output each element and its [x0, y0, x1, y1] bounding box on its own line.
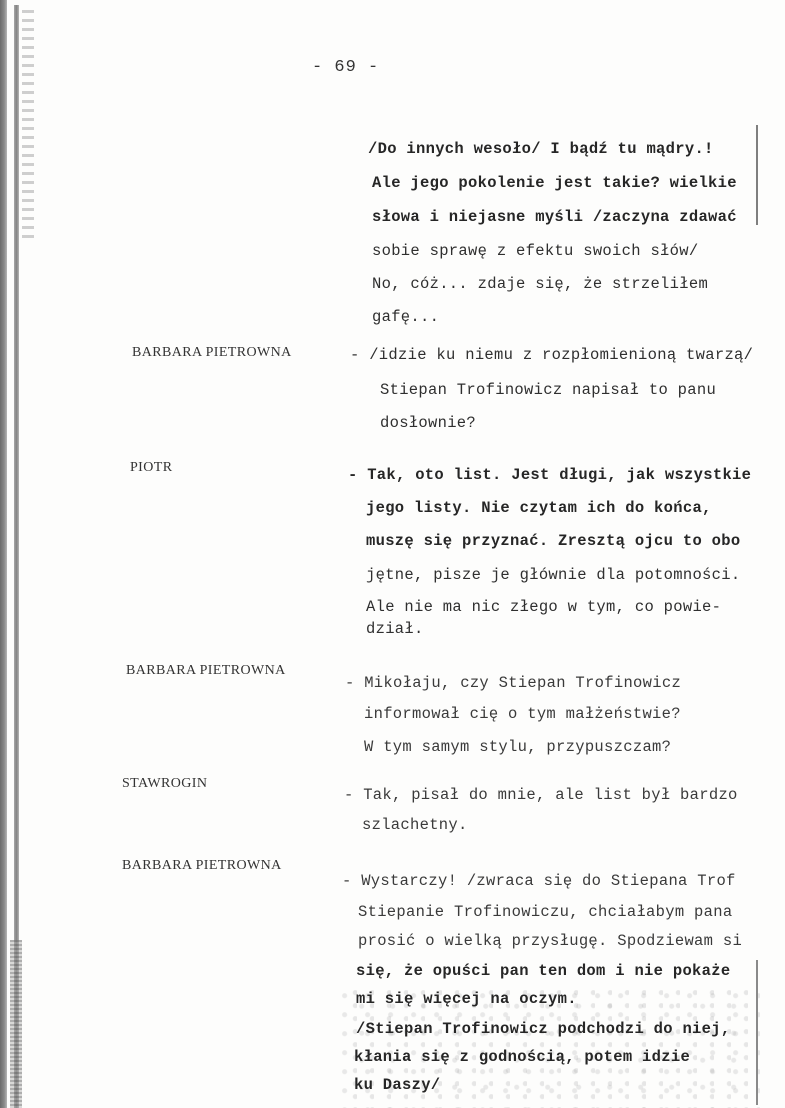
scan-noise-top — [22, 10, 34, 240]
dialogue-line: jego listy. Nie czytam ich do końca, — [366, 499, 712, 517]
dialogue-line: prosić o wielką przysługę. Spodziewam si — [358, 932, 742, 950]
stage-direction-line: /Stiepan Trofinowicz podchodzi do niej, — [356, 1020, 730, 1038]
opening-line: sobie sprawę z efektu swoich słów/ — [372, 242, 698, 260]
page-number: - 69 - — [312, 58, 379, 77]
speaker-name: PIOTR — [130, 460, 172, 476]
dialogue-line: jętne, pisze je głównie dla potomności. — [366, 566, 740, 584]
margin-rule-top — [756, 125, 758, 225]
dialogue-line: - Tak, pisał do mnie, ale list był bardz… — [344, 786, 738, 804]
scan-binding-edge — [0, 0, 7, 1108]
dialogue-line: Stiepanie Trofinowiczu, chciałabym pana — [358, 903, 732, 921]
opening-line: gafę... — [372, 308, 439, 326]
dialogue-line: Stiepan Trofinowicz napisał to panu — [380, 381, 716, 399]
opening-line: Ale jego pokolenie jest takie? wielkie — [372, 174, 737, 192]
dialogue-line: szlachetny. — [362, 816, 468, 834]
stage-direction-line: kłania się z godnością, potem idzie — [354, 1048, 690, 1066]
dialogue-line: informował cię o tym małżeństwie? — [364, 705, 681, 723]
speaker-name: BARBARA PIETROWNA — [126, 663, 286, 679]
opening-line: No, cóż... zdaje się, że strzeliłem — [372, 275, 708, 293]
dialogue-line: mi się więcej na oczym. — [356, 990, 577, 1008]
margin-rule-bottom — [756, 960, 758, 1105]
dialogue-line: się, że opuści pan ten dom i nie pokaże — [356, 962, 730, 980]
speaker-name: BARBARA PIETROWNA — [122, 858, 282, 874]
speaker-name: STAWROGIN — [122, 776, 207, 792]
speaker-name: BARBARA PIETROWNA — [132, 345, 292, 361]
dialogue-line: - Wystarczy! /zwraca się do Stiepana Tro… — [342, 872, 736, 890]
dialogue-line: dosłownie? — [380, 414, 476, 432]
typescript-page: - 69 - /Do innych wesoło/ I bądź tu mądr… — [0, 0, 785, 1108]
dialogue-line: - Mikołaju, czy Stiepan Trofinowicz — [345, 674, 681, 692]
dialogue-line: - Tak, oto list. Jest długi, jak wszystk… — [348, 466, 751, 484]
opening-line: /Do innych wesoło/ I bądź tu mądry.! — [368, 140, 714, 158]
stage-direction-line: ku Daszy/ — [354, 1076, 440, 1094]
dialogue-line: dział. — [366, 620, 424, 638]
dialogue-line: Ale nie ma nic złego w tym, co powie- — [366, 598, 721, 616]
dialogue-line: - /idzie ku niemu z rozpłomienioną twarz… — [350, 346, 753, 364]
opening-line: słowa i niejasne myśli /zaczyna zdawać — [372, 208, 737, 226]
scan-noise-bottom — [10, 940, 22, 1108]
dialogue-line: muszę się przyznać. Zresztą ojcu to obo — [366, 532, 740, 550]
dialogue-line: W tym samym stylu, przypuszczam? — [364, 738, 671, 756]
